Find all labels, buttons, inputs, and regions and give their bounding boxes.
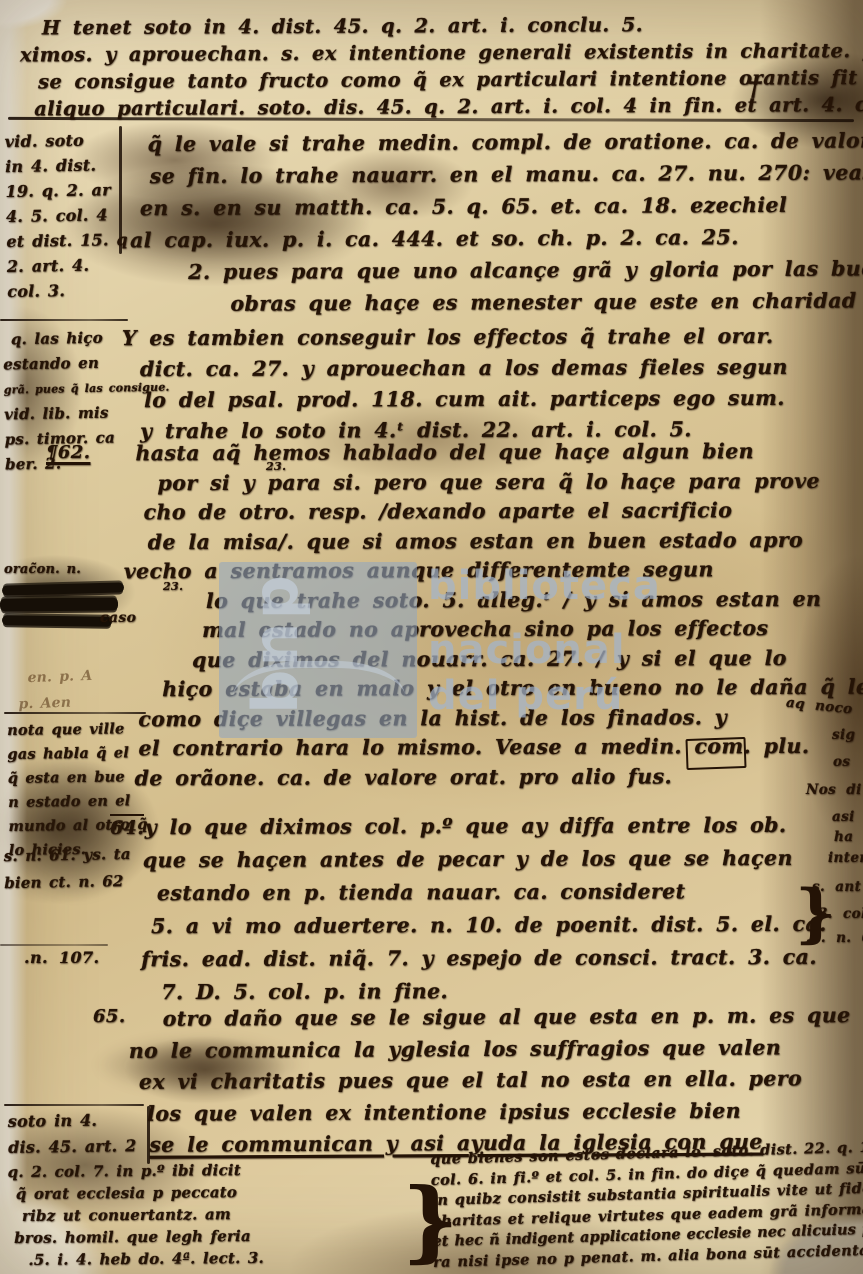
margin-line: bien ct. n. 62 <box>4 868 131 897</box>
margin-line: q̃ esta en bue <box>8 765 147 791</box>
margin-line: en. p. A <box>27 663 93 691</box>
margin-line: et dist. 15. q <box>6 227 128 254</box>
ink-brace: } <box>795 882 836 946</box>
manuscript-line: que se haçen antes de pecar y de los que… <box>143 842 827 877</box>
right-margin-note: sig <box>832 727 855 743</box>
margin-rule-4 <box>4 1104 144 1106</box>
manuscript-line: lo que trahe soto. 5. alleg.ᵗ / y si amo… <box>206 584 863 616</box>
margin-line: 19. q. 2. ar <box>5 177 127 204</box>
margin-line: orac̃on. n. <box>4 562 81 577</box>
manuscript-line: como diçe villegas en la hist. de los fi… <box>138 702 863 734</box>
margin-line: dis. 45. art. 2 <box>8 1133 137 1161</box>
manuscript-line: estando en p. tienda nauar. ca. consider… <box>157 875 827 910</box>
manuscript-line: dict. ca. 27. y aprouechan a los demas f… <box>140 352 788 385</box>
margin-note-soto-in4: soto in 4. dis. 45. art. 2 <box>8 1107 137 1161</box>
margin-note-faint: en. p. A p. Aen <box>27 663 94 717</box>
right-margin-note: asi <box>832 809 855 825</box>
margin-note-caso: caso <box>100 610 136 626</box>
ink-brace: } <box>402 1176 459 1264</box>
body-section-4: y lo que diximos col. p.º que ay diffa e… <box>145 809 827 1009</box>
manuscript-line: mal estado no aprovecha sino pa los effe… <box>202 614 863 646</box>
margin-line: q. 2. col. 7. in p.º ibi dicit <box>8 1159 264 1183</box>
right-margin-note: ha <box>834 829 853 845</box>
margin-line: s. n. 61. ys. ta <box>4 841 131 870</box>
margin-note-n61: s. n. 61. ys. ta bien ct. n. 62 <box>4 841 132 897</box>
margin-line: ribz ut conuertantz. am <box>22 1203 264 1227</box>
manuscript-line: se consigue tanto fructo como q̃ ex part… <box>38 64 863 96</box>
body-section-6: que bienes son estos declara lo. soto. d… <box>430 1136 863 1273</box>
manuscript-line: en s. en su matth. ca. 5. q. 65. et. ca.… <box>140 188 863 225</box>
margin-rule-1 <box>0 319 128 321</box>
superscript-23: 23. <box>266 460 286 473</box>
margin-line: in 4. dist. <box>5 152 127 179</box>
margin-line: q̃ orat ecclesia p peccato <box>16 1181 264 1205</box>
header-end-mark: † <box>748 72 762 102</box>
manuscript-line: por si y para si. pero que sera q̃ lo ha… <box>157 466 863 498</box>
manuscript-line: q̃ le vale si trahe medin. compl. de ora… <box>148 124 863 160</box>
margin-line: soto in 4. <box>8 1107 137 1135</box>
right-margin-note: os <box>833 754 850 770</box>
body-section-1: q̃ le vale si trahe medin. compl. de ora… <box>130 124 863 321</box>
manuscript-line: 5. a vi mo aduertere. n. 10. de poenit. … <box>151 908 827 943</box>
body-section-5: otro daño que se le sigue al que esta en… <box>125 1000 852 1161</box>
margin-line: 2. art. 4. <box>7 252 129 279</box>
ink-box-plu <box>685 737 746 770</box>
manuscript-line: no le communica la yglesia los suffragio… <box>129 1032 851 1067</box>
manuscript-line: cho de otro. resp. /dexando aparte el sa… <box>144 496 863 528</box>
margin-line: 4. 5. col. 4 <box>6 202 128 229</box>
manuscript-line: de orãone. ca. de valore orat. pro alio … <box>135 761 863 793</box>
manuscript-line: ximos. y aprouechan. s. ex intentione ge… <box>20 37 863 69</box>
superscript-23: 23. <box>163 580 183 593</box>
manuscript-line: hiço estaba en malo y el otro en bueno n… <box>162 673 863 705</box>
manuscript-line: Y es tambien conseguir los effectos q̃ t… <box>122 321 788 354</box>
margin-line: nota que ville <box>7 717 146 743</box>
margin-line: .5. i. 4. heb do. 4ª. lect. 3. <box>28 1247 264 1271</box>
manuscript-line: y lo que diximos col. p.º que ay diffa e… <box>145 809 827 844</box>
manuscript-line: H tenet soto in 4. dist. 45. q. 2. art. … <box>42 10 863 42</box>
manuscript-line: hasta aq̃ hemos hablado del que haçe alg… <box>135 437 863 469</box>
margin-note-vid-soto: vid. soto in 4. dist. 19. q. 2. ar 4. 5.… <box>4 127 128 304</box>
manuscript-line: el contrario hara lo mismo. Vease a medi… <box>138 732 863 764</box>
manuscript-line: obras que haçe es menester que este en c… <box>230 284 863 320</box>
paragraph-number-65: 65. <box>93 1006 126 1027</box>
manuscript-line: aliquo particulari. soto. dis. 45. q. 2.… <box>34 91 863 123</box>
manuscript-line: lo del psal. prod. 118. cum ait. partice… <box>144 383 788 416</box>
paragraph-number-64: 64. <box>110 814 144 839</box>
right-margin-note: Nos di <box>806 782 862 798</box>
body-section-3: hasta aq̃ hemos hablado del que haçe alg… <box>129 437 863 794</box>
right-margin-note: inten <box>828 850 863 866</box>
manuscript-line: fris. ead. dist. niq̃. 7. y espejo de co… <box>141 941 827 976</box>
margin-note-n107: .n. 107. <box>24 948 100 967</box>
manuscript-line: otro daño que se le sigue al que esta en… <box>163 1000 851 1035</box>
margin-line: n estado en el <box>8 789 147 815</box>
paragraph-number-62: ¶62. <box>46 442 90 463</box>
manuscript-line: ex vi charitatis pues que el tal no esta… <box>139 1063 851 1098</box>
manuscript-line: se fin. lo trahe nauarr. en el manu. ca.… <box>150 156 863 192</box>
margin-line: bros. homil. que legh feria <box>14 1225 264 1249</box>
manuscript-line: los que valen ex intentione ipsius eccle… <box>147 1095 851 1130</box>
margin-line: col. 3. <box>7 277 129 304</box>
margin-line: p. Aen <box>18 689 94 718</box>
margin-note-struck-label: orac̃on. n. <box>4 562 81 577</box>
margin-line: vid. soto <box>4 127 126 154</box>
margin-note-soto-in4-continued: q. 2. col. 7. in p.º ibi dicit q̃ orat e… <box>8 1159 265 1271</box>
header-block: H tenet soto in 4. dist. 45. q. 2. art. … <box>20 10 863 123</box>
margin-line: gas habla q̃ el <box>7 741 146 767</box>
manuscript-line: al cap. iux. p. i. ca. 444. et so. ch. p… <box>130 220 863 257</box>
manuscript-line: vecho a sentramos aunque differentemte s… <box>124 555 863 587</box>
margin-rule-3 <box>0 944 108 946</box>
manuscript-page: H tenet soto in 4. dist. 45. q. 2. art. … <box>0 0 863 1274</box>
body-section-2: Y es tambien conseguir los effectos q̃ t… <box>130 321 788 447</box>
manuscript-line: de la misa/. que si amos estan en buen e… <box>148 525 863 557</box>
manuscript-line: que diximos del nouarr. ca. 27. / y si e… <box>192 643 863 675</box>
manuscript-line: 2. pues para que uno alcançe grã y glori… <box>188 252 863 288</box>
strikethrough-scribble <box>2 615 112 627</box>
